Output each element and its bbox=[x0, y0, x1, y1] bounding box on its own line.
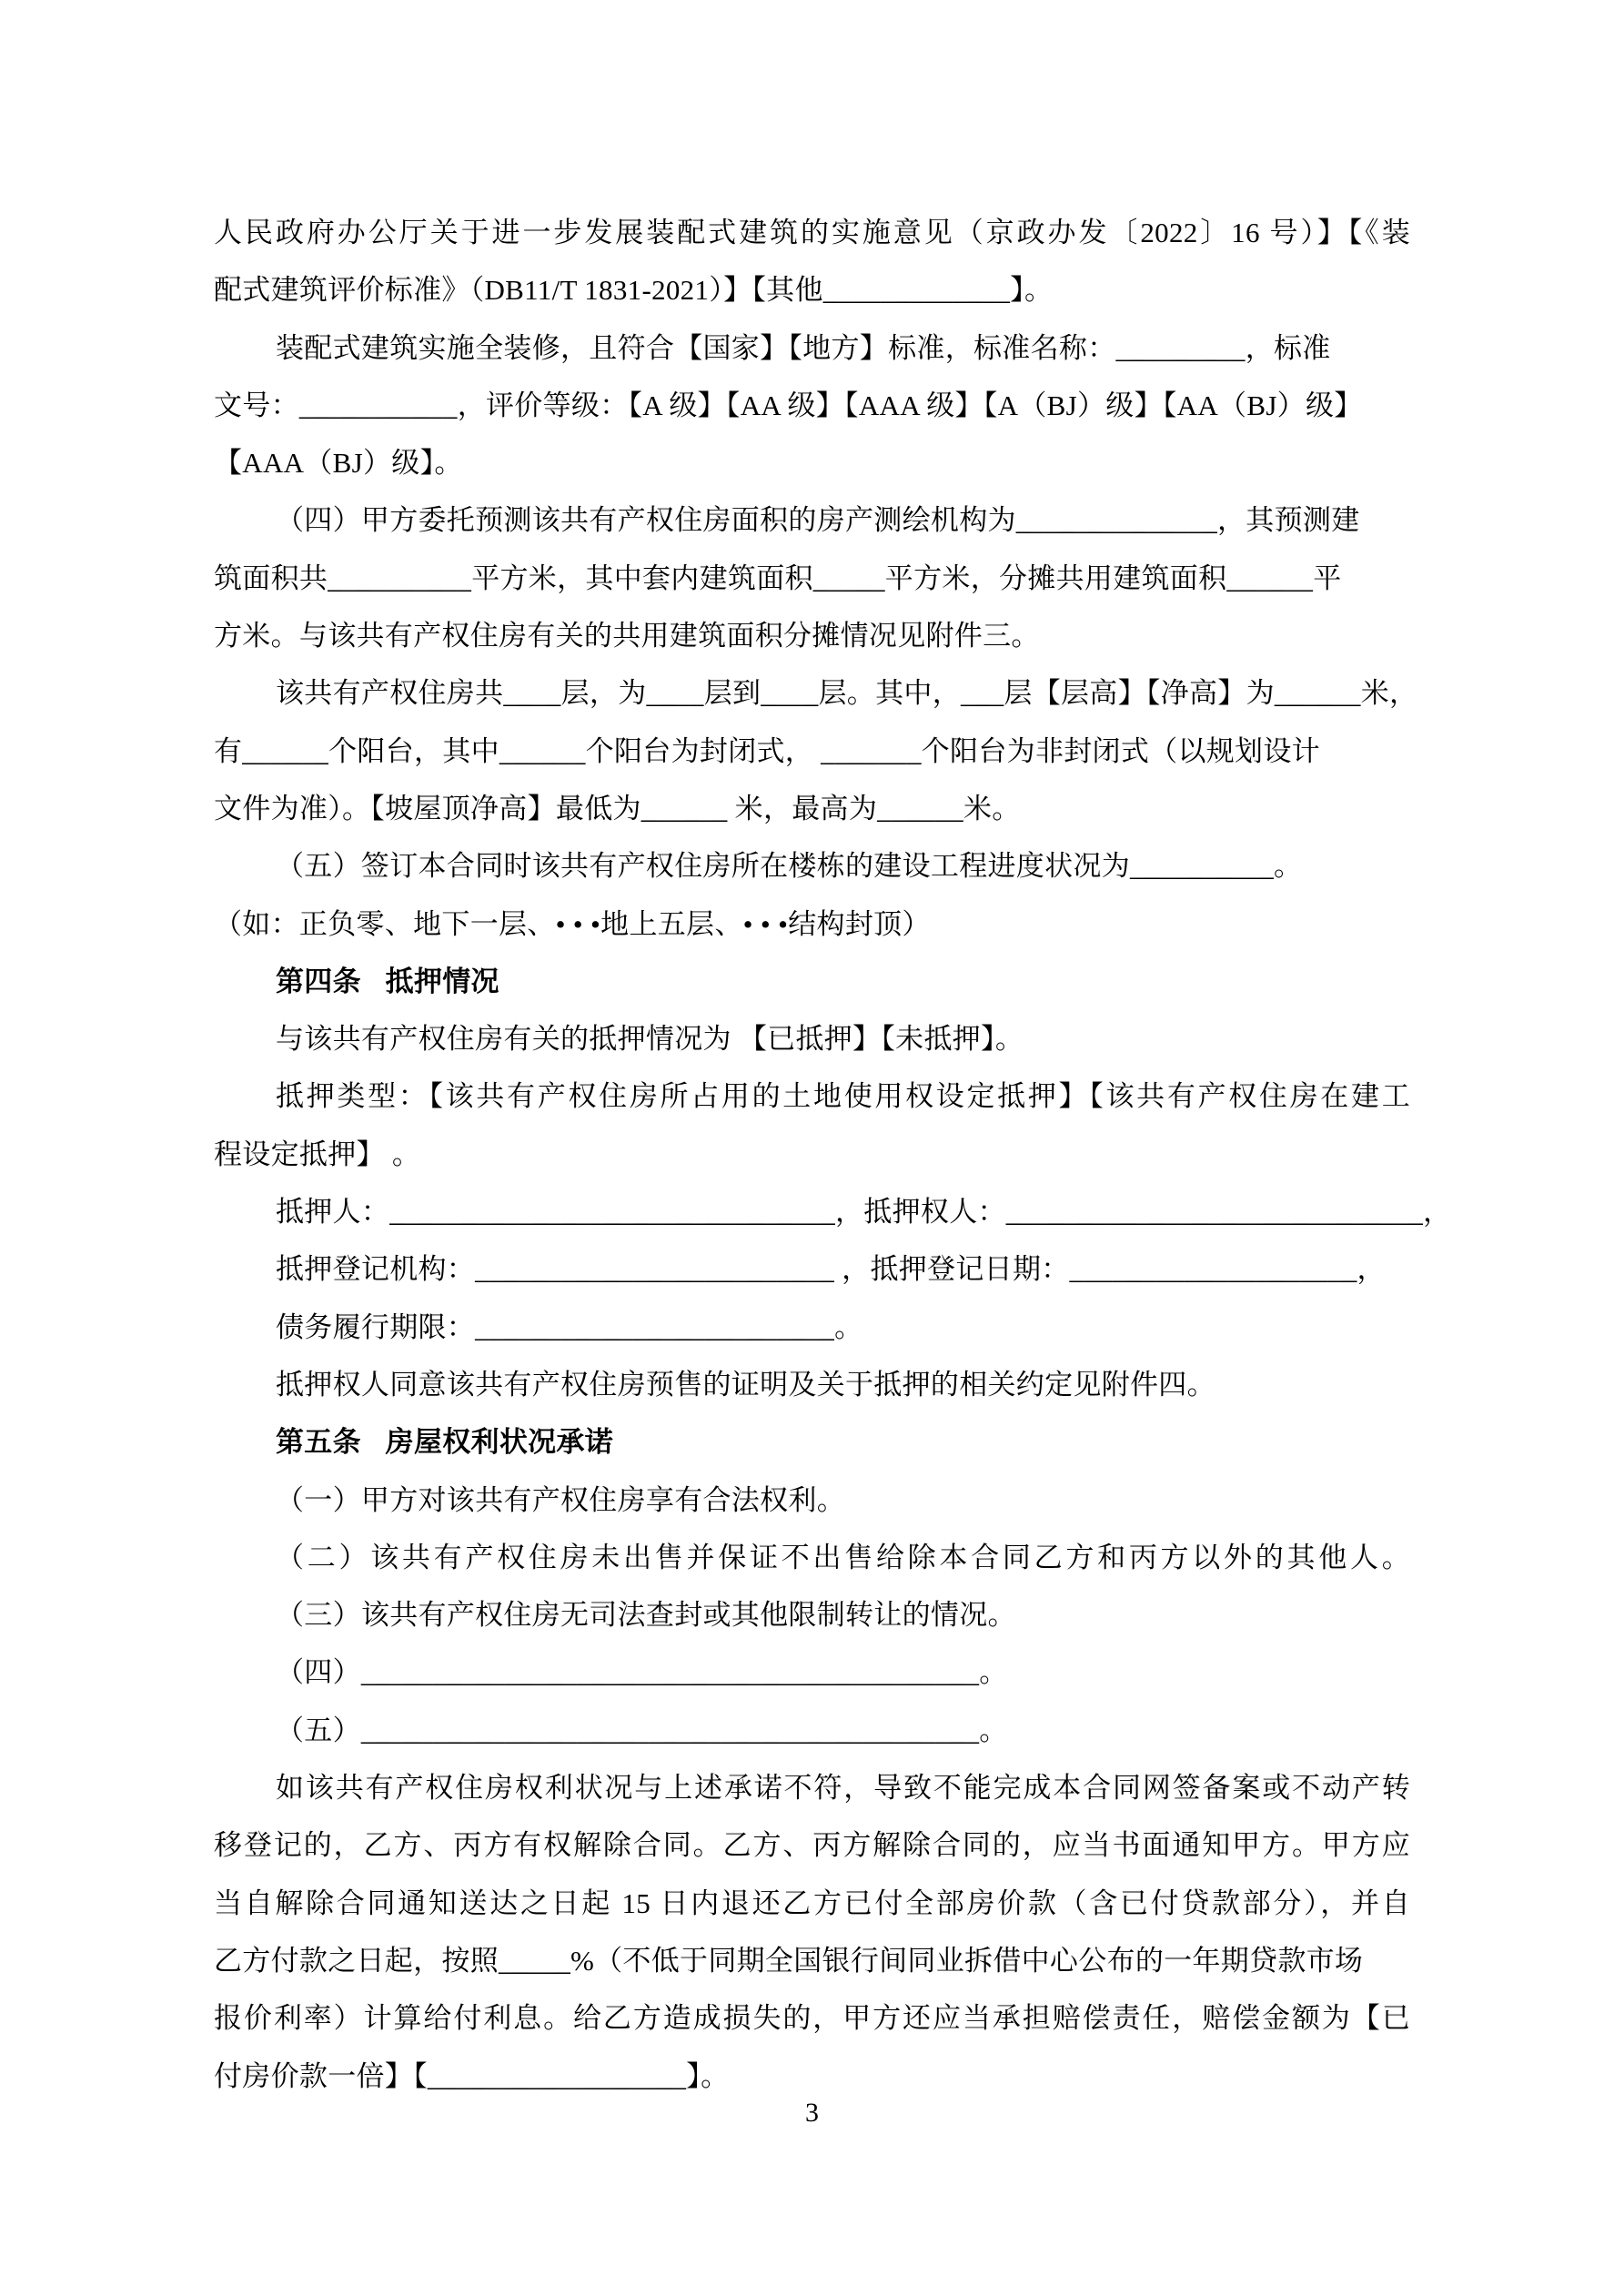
text-line: 抵押类型：【该共有产权住房所占用的土地使用权设定抵押】【该共有产权住房在建工 bbox=[214, 1067, 1410, 1125]
text-line: （四）甲方委托预测该共有产权住房面积的房产测绘机构为______________… bbox=[214, 491, 1410, 549]
text-line: 抵押权人同意该共有产权住房预售的证明及关于抵押的相关约定见附件四。 bbox=[214, 1356, 1410, 1413]
text-line: 方米。与该共有产权住房有关的共用建筑面积分摊情况见附件三。 bbox=[214, 607, 1410, 664]
document-body: 人民政府办公厅关于进一步发展装配式建筑的实施意见（京政办发〔2022〕16 号）… bbox=[214, 204, 1410, 2105]
text-line: 乙方付款之日起，按照_____%（不低于同期全国银行间同业拆借中心公布的一年期贷… bbox=[214, 1932, 1410, 1989]
text-line: 有______个阳台，其中______个阳台为封闭式， _______个阳台为非… bbox=[214, 723, 1410, 780]
text-line: 如该共有产权住房权利状况与上述承诺不符，导致不能完成本合同网签备案或不动产转 bbox=[214, 1759, 1410, 1816]
text-line: 与该共有产权住房有关的抵押情况为 【已抵押】【未抵押】。 bbox=[214, 1010, 1410, 1067]
text-line: （五）签订本合同时该共有产权住房所在楼栋的建设工程进度状况为__________… bbox=[214, 837, 1410, 895]
section-heading: 第五条 房屋权利状况承诺 bbox=[214, 1413, 1410, 1471]
text-line: 该共有产权住房共____层，为____层到____层。其中，___层【层高】【净… bbox=[214, 664, 1410, 722]
text-line: 配式建筑评价标准》（DB11/T 1831-2021）】【其他_________… bbox=[214, 261, 1410, 319]
text-line: 报价利率）计算给付利息。给乙方造成损失的，甲方还应当承担赔偿责任，赔偿金额为【已 bbox=[214, 1989, 1410, 2047]
text-line: 装配式建筑实施全装修，且符合【国家】【地方】标准，标准名称：_________，… bbox=[214, 319, 1410, 377]
section-heading: 第四条 抵押情况 bbox=[214, 953, 1410, 1010]
text-line: （五）_____________________________________… bbox=[214, 1702, 1410, 1759]
text-line: 人民政府办公厅关于进一步发展装配式建筑的实施意见（京政办发〔2022〕16 号）… bbox=[214, 204, 1410, 261]
text-line: 抵押人：_______________________________，抵押权人… bbox=[214, 1183, 1410, 1240]
text-line: （如：正负零、地下一层、• • •地上五层、• • •结构封顶） bbox=[214, 895, 1410, 953]
text-line: （三）该共有产权住房无司法查封或其他限制转让的情况。 bbox=[214, 1586, 1410, 1644]
document-page: 人民政府办公厅关于进一步发展装配式建筑的实施意见（京政办发〔2022〕16 号）… bbox=[0, 0, 1624, 2296]
text-line: 文件为准）。【坡屋顶净高】最低为______ 米，最高为______米。 bbox=[214, 780, 1410, 837]
page-number: 3 bbox=[0, 2095, 1624, 2131]
text-line: 程设定抵押】 。 bbox=[214, 1126, 1410, 1183]
text-line: （四）_____________________________________… bbox=[214, 1644, 1410, 1701]
text-line: 抵押登记机构：_________________________ ，抵押登记日期… bbox=[214, 1240, 1410, 1298]
text-line: （二）该共有产权住房未出售并保证不出售给除本合同乙方和丙方以外的其他人。 bbox=[214, 1529, 1410, 1586]
text-line: 当自解除合同通知送达之日起 15 日内退还乙方已付全部房价款（含已付贷款部分），… bbox=[214, 1875, 1410, 1932]
text-line: （一）甲方对该共有产权住房享有合法权利。 bbox=[214, 1472, 1410, 1529]
text-line: 筑面积共__________平方米，其中套内建筑面积_____平方米，分摊共用建… bbox=[214, 550, 1410, 607]
text-line: 债务履行期限：_________________________。 bbox=[214, 1299, 1410, 1356]
text-line: 【AAA（BJ）级】。 bbox=[214, 434, 1410, 491]
text-line: 移登记的，乙方、丙方有权解除合同。乙方、丙方解除合同的，应当书面通知甲方。甲方应 bbox=[214, 1816, 1410, 1874]
text-line: 文号：___________，评价等级：【A 级】【AA 级】【AAA 级】【A… bbox=[214, 377, 1410, 434]
